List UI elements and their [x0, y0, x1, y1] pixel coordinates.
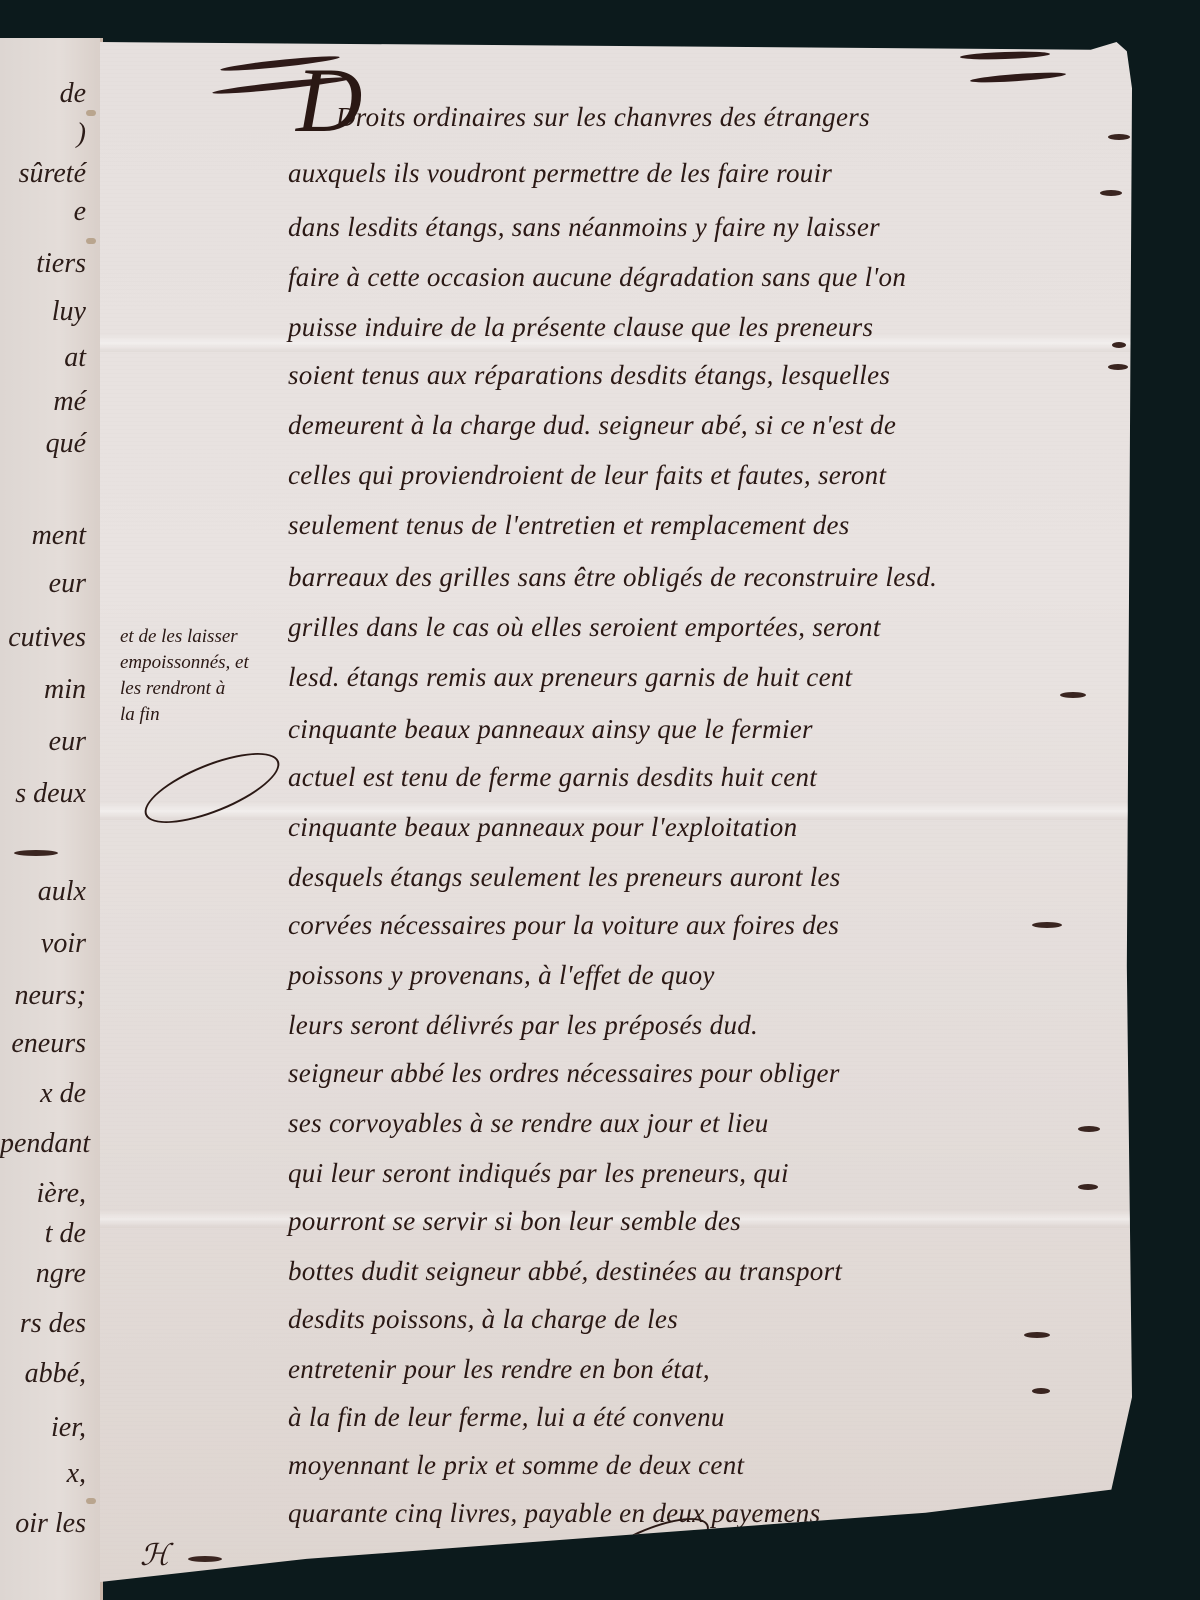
manuscript-line: auxquels ils voudront permettre de les f… — [288, 158, 832, 189]
manuscript-line: faire à cette occasion aucune dégradatio… — [288, 262, 906, 293]
manuscript-line: bottes dudit seigneur abbé, destinées au… — [288, 1256, 842, 1287]
manuscript-line: corvées nécessaires pour la voiture aux … — [288, 910, 839, 941]
left-fragment: ier, — [0, 1412, 100, 1444]
manuscript-line: barreaux des grilles sans être obligés d… — [288, 562, 937, 593]
manuscript-line: demeurent à la charge dud. seigneur abé,… — [288, 410, 896, 441]
manuscript-line: desquels étangs seulement les preneurs a… — [288, 862, 841, 893]
manuscript-line: moyennant le prix et somme de deux cent — [288, 1450, 744, 1481]
margin-note-line: la fin — [120, 702, 320, 728]
manuscript-line: lesd. étangs remis aux preneurs garnis d… — [288, 662, 852, 693]
left-fragment: s deux — [0, 778, 100, 810]
manuscript-line: dans lesdits étangs, sans néanmoins y fa… — [288, 212, 880, 243]
left-fragment: eur — [0, 726, 100, 758]
left-fragment: min — [0, 674, 100, 706]
left-fragment: pendant — [0, 1128, 100, 1160]
left-fragment: de — [0, 78, 100, 110]
left-fragment: x de — [0, 1078, 100, 1110]
ink-dash — [188, 1556, 222, 1562]
left-fragment: qué — [0, 428, 100, 460]
left-fragment: luy — [0, 296, 100, 328]
left-fragment: t de — [0, 1218, 100, 1250]
manuscript-line: entretenir pour les rendre en bon état, — [288, 1354, 710, 1385]
manuscript-line: cinquante beaux panneaux ainsy que le fe… — [288, 714, 813, 745]
manuscript-line: puisse induire de la présente clause que… — [288, 312, 873, 343]
ink-dash — [1108, 364, 1128, 370]
left-fragment: voir — [0, 928, 100, 960]
ink-dash — [1060, 692, 1086, 698]
left-fragment: x, — [0, 1458, 100, 1490]
left-fragment: ) — [0, 118, 100, 150]
left-fragment: sûreté — [0, 158, 100, 190]
ink-dash — [1024, 1332, 1050, 1338]
left-fragment: neurs; — [0, 980, 100, 1012]
ink-dash — [14, 850, 58, 856]
signature-right: ℯℯ — [950, 1512, 981, 1542]
manuscript-line: poissons y provenans, à l'effet de quoy — [288, 960, 715, 991]
manuscript-line: pourront se servir si bon leur semble de… — [288, 1206, 741, 1237]
signature-left: ℋ — [140, 1538, 170, 1573]
binding-stitch — [86, 238, 96, 244]
margin-note-line: et de les laisser — [120, 624, 320, 650]
ink-dash — [1078, 1184, 1098, 1190]
margin-note-line: empoissonnés, et — [120, 650, 320, 676]
left-fragment: mé — [0, 386, 100, 418]
manuscript-line: quarante cinq livres, payable en deux pa… — [288, 1498, 820, 1529]
manuscript-line: cinquante beaux panneaux pour l'exploita… — [288, 812, 797, 843]
manuscript-page: D Droits ordinaires sur les chanvres des… — [100, 42, 1132, 1582]
left-fragment: ment — [0, 520, 100, 552]
ink-dash — [1100, 190, 1122, 196]
left-fragment: aulx — [0, 876, 100, 908]
margin-note: et de les laisser empoissonnés, et les r… — [120, 624, 320, 728]
manuscript-line: Droits ordinaires sur les chanvres des é… — [336, 102, 870, 133]
left-fragment: abbé, — [0, 1358, 100, 1390]
manuscript-line: seigneur abbé les ordres nécessaires pou… — [288, 1058, 840, 1089]
left-fragment: cutives — [0, 622, 100, 654]
left-fragment: eneurs — [0, 1028, 100, 1060]
manuscript-line: desdits poissons, à la charge de les — [288, 1304, 678, 1335]
left-fragment: tiers — [0, 248, 100, 280]
left-fragment: rs des — [0, 1308, 100, 1340]
manuscript-line: qui leur seront indiqués par les preneur… — [288, 1158, 789, 1189]
binding-stitch — [86, 110, 96, 116]
manuscript-line: grilles dans le cas où elles seroient em… — [288, 612, 881, 643]
ink-dash — [1108, 134, 1130, 140]
ink-dash — [1112, 342, 1126, 348]
manuscript-line: leurs seront délivrés par les préposés d… — [288, 1010, 758, 1041]
signature-right-flourish — [898, 1517, 966, 1554]
signature-center: 𝓏 — [540, 1532, 554, 1566]
manuscript-line: soient tenus aux réparations desdits éta… — [288, 360, 890, 391]
ink-dash — [1078, 1126, 1100, 1132]
left-fragment: e — [0, 196, 100, 228]
manuscript-line: actuel est tenu de ferme garnis desdits … — [288, 762, 817, 793]
manuscript-line: seulement tenus de l'entretien et rempla… — [288, 510, 850, 541]
manuscript-line: à la fin de leur ferme, lui a été conven… — [288, 1402, 725, 1433]
left-fragment: ngre — [0, 1258, 100, 1290]
left-fragment: ière, — [0, 1178, 100, 1210]
ink-dash — [1032, 922, 1062, 928]
photograph-background: de ) sûreté e tiers luy at mé qué ment e… — [0, 0, 1200, 1600]
left-fragment: at — [0, 342, 100, 374]
binding-stitch — [86, 1498, 96, 1504]
manuscript-line: celles qui proviendroient de leur faits … — [288, 460, 886, 491]
margin-note-line: les rendront à — [120, 676, 320, 702]
ink-dash — [1032, 1388, 1050, 1394]
left-fragment: eur — [0, 568, 100, 600]
left-fragment: oir les — [0, 1508, 100, 1540]
manuscript-line: ses corvoyables à se rendre aux jour et … — [288, 1108, 769, 1139]
left-page-strip: de ) sûreté e tiers luy at mé qué ment e… — [0, 38, 103, 1600]
